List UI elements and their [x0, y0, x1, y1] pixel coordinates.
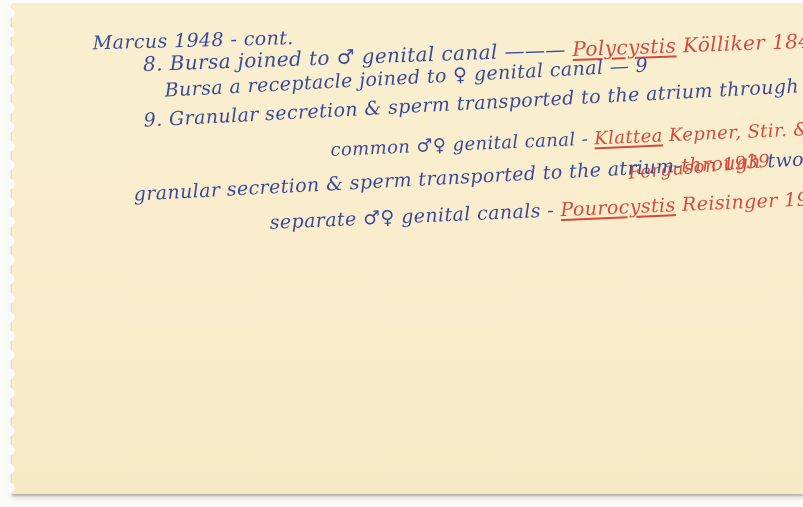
note-text: separate ♂♀ genital canals -: [269, 199, 561, 234]
index-card: Marcus 1948 - cont. 8. Bursa joined to ♂…: [12, 3, 803, 494]
deckled-edge: [9, 3, 19, 494]
genus-name-pourocystis: Pourocystis: [560, 194, 676, 221]
author-citation: Reisinger 1926: [675, 187, 803, 216]
author-citation: Kölliker 1845 etc: [676, 27, 803, 58]
